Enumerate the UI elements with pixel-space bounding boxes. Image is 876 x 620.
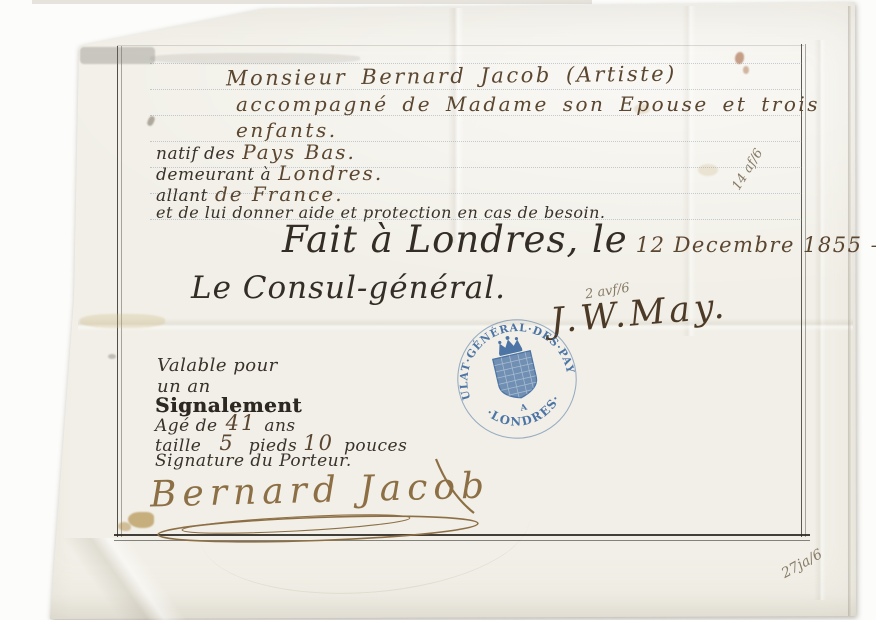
handwritten-family-line: accompagné de Madame son Epouse et trois [236,92,820,116]
handwritten-children-line: enfants. [236,118,338,142]
stamp-center-letter: A [518,403,528,415]
valable-label: Valable pour [157,355,278,376]
handwritten-name-line: Monsieur Bernard Jacob (Artiste) [226,62,677,91]
fait-row: Fait à Londres, le12 Decembre 1855 — [282,218,876,261]
stamp-shield-icon [493,351,540,402]
signature-flourish [138,455,510,557]
fait-label: Fait à Londres, le [282,218,628,261]
paper-right-edge-shadow [848,6,851,616]
frame-right-line [801,44,806,537]
fait-date-value: 12 Decembre 1855 — [636,233,876,257]
frame-left-line [117,46,122,537]
taille-label-post: pouces [344,436,407,456]
scanned-document-photo: Monsieur Bernard Jacob (Artiste) accompa… [0,0,876,620]
frame-top-line [117,45,804,46]
consul-title: Le Consul-général. [191,270,506,306]
